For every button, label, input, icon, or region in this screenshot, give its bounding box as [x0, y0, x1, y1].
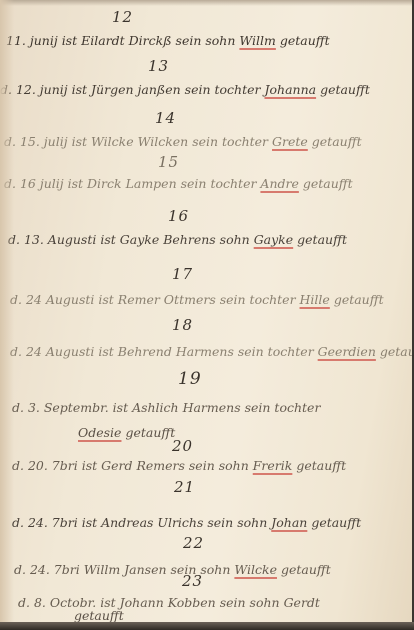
entry-line: d. 24 Augusti ist Remer Ottmers sein toc… — [10, 292, 384, 307]
entry-text: ist Jürgen janßen sein tochter — [72, 82, 261, 97]
entry-status: getaufft — [125, 425, 175, 440]
entry-text: ist Behrend Harmens sein tochter — [98, 344, 313, 359]
entry-date: d. 13. Augusti — [8, 232, 96, 247]
entry-line: d. 16 julij ist Dirck Lampen sein tochte… — [4, 176, 353, 191]
child-name: Johan — [271, 515, 307, 530]
entry-number: 20 — [172, 437, 193, 455]
entry-date: d. 3. Septembr. — [12, 400, 109, 415]
entry-status: getaufft — [297, 232, 347, 247]
entry-status: getaufft — [303, 176, 353, 191]
entry-line: d. 13. Augusti ist Gayke Behrens sohn Ga… — [8, 232, 347, 247]
entry-date: d. 16 julij — [4, 176, 64, 191]
child-name: Willm — [239, 33, 275, 48]
entry-line: d. 8. Octobr. ist Johann Kobben sein soh… — [18, 595, 320, 610]
entry-number: 16 — [168, 207, 189, 225]
entry-line: d. 20. 7bri ist Gerd Remers sein sohn Fr… — [12, 458, 346, 473]
entry-text: Willm Jansen sein sohn — [84, 562, 231, 577]
entry-line: d. 24 Augusti ist Behrend Harmens sein t… — [10, 344, 412, 359]
entry-text: ist Dirck Lampen sein tochter — [68, 176, 257, 191]
child-name: Gerdt — [284, 595, 320, 610]
child-name: Hille — [300, 292, 330, 307]
entry-status: getaufft — [311, 515, 361, 530]
entry-text: ist Eilardt Dirckß sein sohn — [62, 33, 236, 48]
entry-date: d. 24 Augusti — [10, 344, 94, 359]
child-name: Frerik — [253, 458, 293, 473]
entry-number: 14 — [155, 109, 176, 127]
child-name: Gayke — [254, 232, 293, 247]
entry-text: ist Gayke Behrens sohn — [100, 232, 249, 247]
entry-date: d. 12. junij — [0, 82, 68, 97]
entry-line: d. 15. julij ist Wilcke Wilcken sein toc… — [4, 134, 362, 149]
entry-text: ist Wilcke Wilcken sein tochter — [72, 134, 268, 149]
entry-number: 22 — [183, 534, 204, 552]
child-name: Odesie — [78, 425, 121, 440]
entry-text: ist Gerd Remers sein sohn — [82, 458, 249, 473]
entry-number: 18 — [172, 316, 193, 334]
entry-status: getaufft — [281, 562, 331, 577]
entry-status: getaufft — [280, 33, 330, 48]
entry-date: d. 24. 7bri — [12, 515, 78, 530]
entry-text: ist Ashlich Harmens sein tochter — [113, 400, 321, 415]
entry-date: d. 15. julij — [4, 134, 68, 149]
child-name: Johanna — [264, 82, 316, 97]
entry-status: getaufft — [380, 344, 412, 359]
entry-text: ist Remer Ottmers sein tochter — [98, 292, 295, 307]
entry-number: 15 — [158, 153, 179, 171]
entry-text: ist Andreas Ulrichs sein sohn — [82, 515, 268, 530]
entry-line: d. 24. 7bri Willm Jansen sein sohn Wilck… — [14, 562, 331, 577]
child-name: Andre — [260, 176, 298, 191]
page-bottom-edge — [0, 622, 414, 630]
entry-date: d. 20. 7bri — [12, 458, 78, 473]
child-name: Wilcke — [234, 562, 277, 577]
entry-number: 12 — [112, 8, 133, 26]
entry-number: 23 — [182, 572, 203, 590]
entry-text: ist Johann Kobben sein sohn — [100, 595, 279, 610]
entry-continuation: getaufft — [74, 608, 124, 622]
entry-status: getaufft — [312, 134, 362, 149]
entry-line: d. 12. junij ist Jürgen janßen sein toch… — [0, 82, 370, 97]
entry-status: getaufft — [320, 82, 370, 97]
entry-date: 11. junij — [6, 33, 58, 48]
entry-number: 19 — [178, 369, 202, 389]
entry-number: 17 — [172, 265, 193, 283]
entry-date: d. 24 Augusti — [10, 292, 94, 307]
child-name: Grete — [272, 134, 308, 149]
entry-date: d. 24. 7bri — [14, 562, 80, 577]
child-name: Geerdien — [318, 344, 376, 359]
entry-status: getaufft — [334, 292, 384, 307]
entry-continuation: Odesie getaufft — [78, 425, 175, 440]
register-page: 12 11. junij ist Eilardt Dirckß sein soh… — [0, 0, 412, 622]
entry-status: getaufft — [74, 608, 124, 622]
entry-number: 21 — [174, 478, 195, 496]
entry-number: 13 — [148, 57, 169, 75]
entry-status: getaufft — [296, 458, 346, 473]
entry-line: d. 3. Septembr. ist Ashlich Harmens sein… — [12, 400, 320, 415]
entry-line: d. 24. 7bri ist Andreas Ulrichs sein soh… — [12, 515, 361, 530]
entry-line: 11. junij ist Eilardt Dirckß sein sohn W… — [6, 33, 330, 48]
